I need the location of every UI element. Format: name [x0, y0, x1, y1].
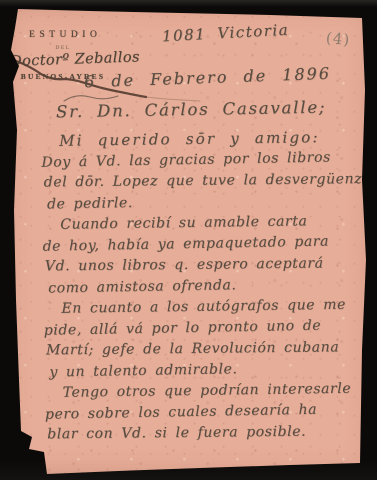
- letter-body: Mi querido sōr y amigo: Doy á Vd. las gr…: [44, 126, 372, 445]
- letterhead-doctor-name: Doctorº Zeballos: [10, 50, 116, 70]
- pencil-page-number: (4): [325, 29, 351, 49]
- scan-background: ESTUDIO DEL Doctorº Zeballos BUENOS-AYRE…: [0, 0, 377, 480]
- paragraph-2: Cuando recibí su amable carta de hoy, ha…: [45, 210, 370, 299]
- handwritten-line: blar con Vd. si le fuera posible.: [47, 421, 372, 445]
- paragraph-1: Mi querido sōr y amigo: Doy á Vd. las gr…: [44, 126, 369, 215]
- handwritten-street-address: 1081 Victoria: [162, 21, 290, 46]
- letter-paper: ESTUDIO DEL Doctorº Zeballos BUENOS-AYRE…: [0, 0, 377, 480]
- paragraph-3: En cuanto a los autógrafos que me pide, …: [46, 294, 371, 383]
- handwritten-date: 6 de Febrero de 1896: [84, 64, 332, 92]
- letterhead-studio-label: ESTUDIO: [10, 30, 116, 40]
- paragraph-4: Tengo otros que podrían interesarle pero…: [48, 378, 373, 446]
- salutation-line: Sr. Dn. Cárlos Casavalle;: [56, 98, 327, 122]
